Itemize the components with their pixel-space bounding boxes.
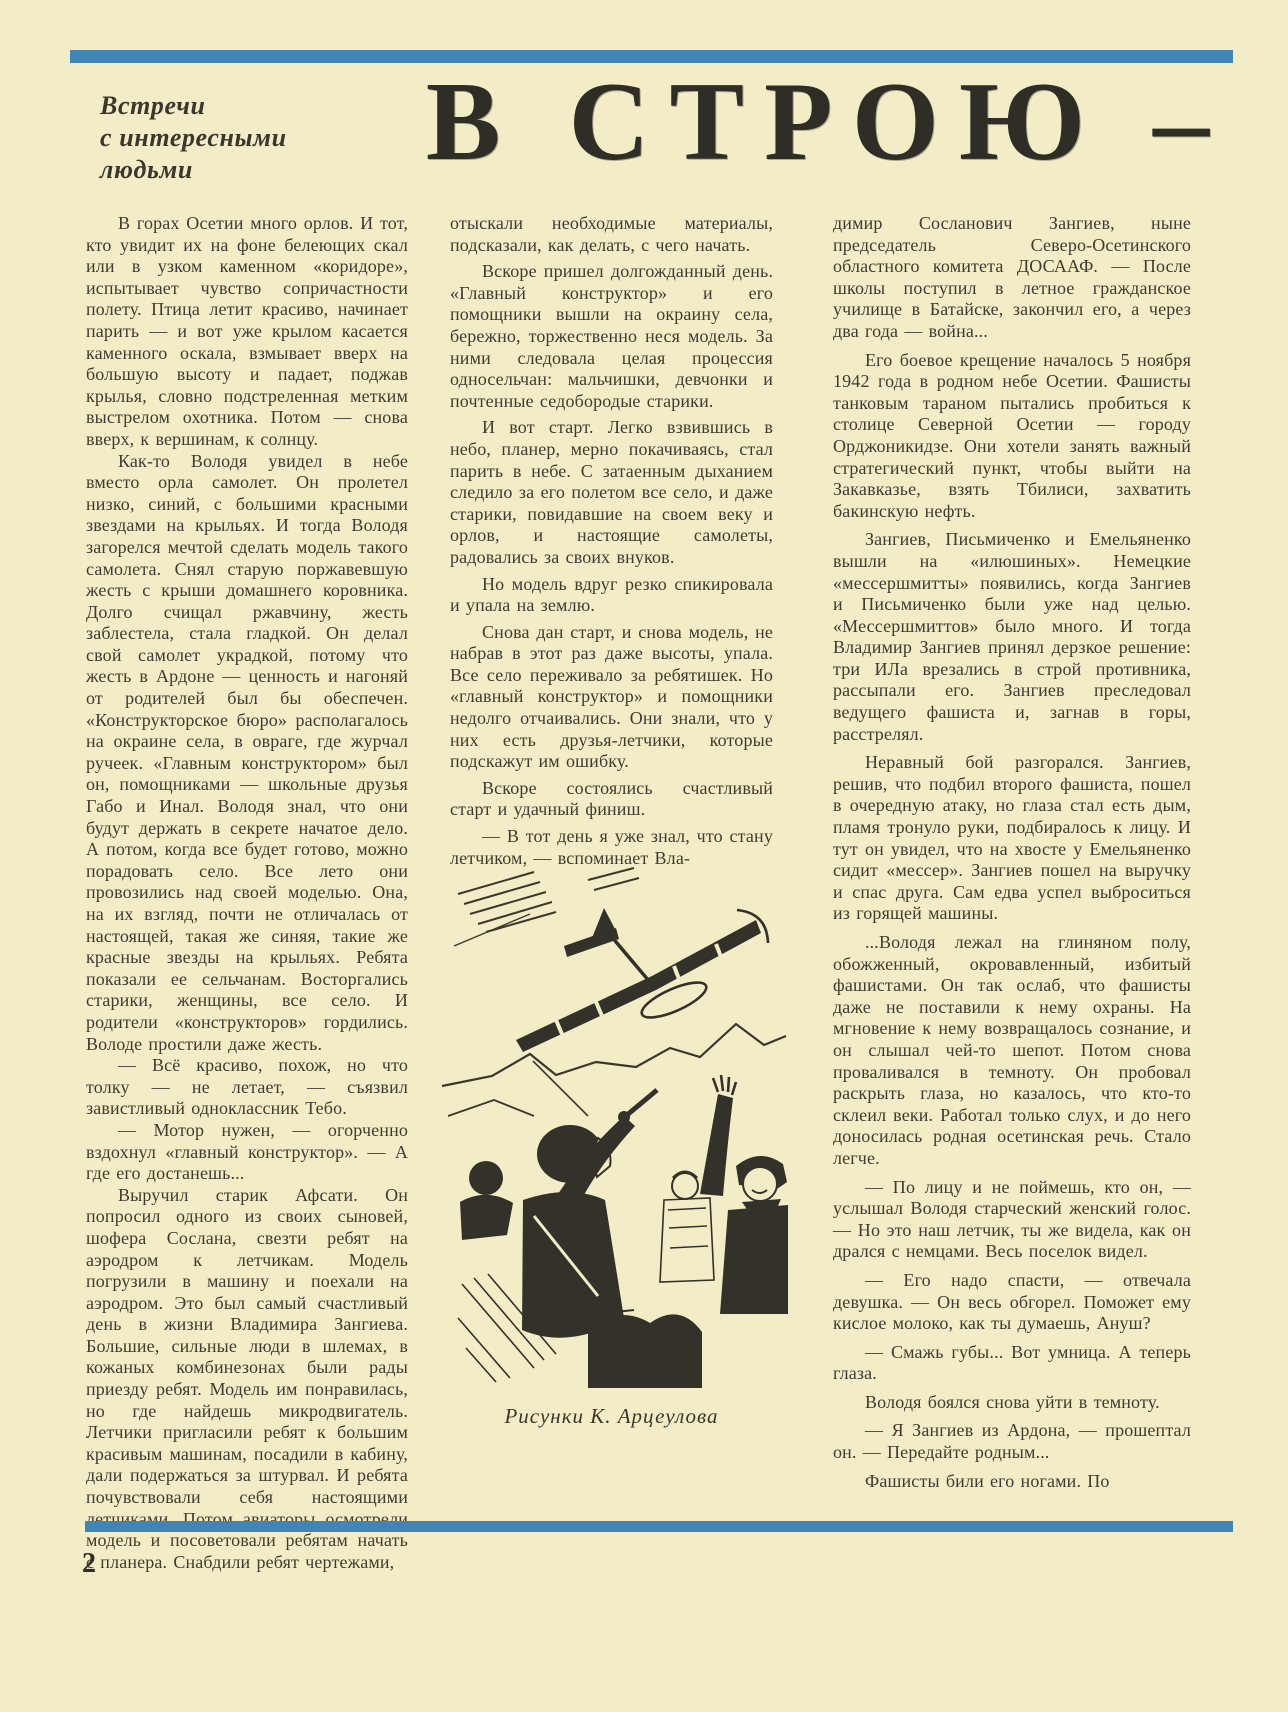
kicker-line: с интересными [100, 122, 287, 154]
kicker-line: людьми [100, 154, 287, 186]
paragraph: Вскоре пришел долгожданный день. «Главны… [450, 261, 773, 412]
paragraph: Выручил старик Афсати. Он попросил одног… [86, 1185, 408, 1574]
paragraph: — По лицу и не поймешь, кто он, — услыша… [833, 1177, 1191, 1263]
paragraph: Вскоре состоялись счастливый старт и уда… [450, 778, 773, 821]
paragraph: ...Володя лежал на глиняном полу, обожже… [833, 932, 1191, 1170]
article-title: В СТРОЮ – [420, 58, 1235, 187]
paragraph: И вот старт. Легко взвившись в небо, пла… [450, 417, 773, 568]
bottom-rule [85, 1521, 1233, 1532]
glider-launch-illustration [438, 848, 788, 1388]
paragraph: Володя боялся снова уйти в темноту. [833, 1392, 1191, 1414]
mountain-ridge [442, 1024, 786, 1116]
paragraph: — Смажь губы... Вот умница. А теперь гла… [833, 1342, 1191, 1385]
paragraph: димир Сосланович Зангиев, ныне председат… [833, 213, 1191, 343]
paragraph: — Мотор нужен, — огорченно вздохнул «гла… [86, 1120, 408, 1185]
paragraph: Но модель вдруг резко спикировала и упал… [450, 574, 773, 617]
paragraph: — Я Зангиев из Ардона, — прошептал он. —… [833, 1420, 1191, 1463]
paragraph: — Его надо спасти, — отвечала девушка. —… [833, 1270, 1191, 1335]
paragraph: Снова дан старт, и снова модель, не набр… [450, 622, 773, 773]
paragraph: Фашисты били его ногами. По [833, 1471, 1191, 1493]
paragraph: Его боевое крещение началось 5 ноября 19… [833, 350, 1191, 523]
kicker-line: Встречи [100, 90, 287, 122]
text-column-right: димир Сосланович Зангиев, ныне председат… [833, 213, 1191, 1499]
magazine-page: Встречис интереснымилюдьми В СТРОЮ – В г… [0, 0, 1288, 1712]
page-number: 2 [82, 1548, 96, 1580]
illustration-caption: Рисунки К. Арцеулова [450, 1404, 773, 1429]
paragraph: Неравный бой разгорался. Зангиев, решив,… [833, 752, 1191, 925]
crowd-of-children [458, 1075, 788, 1388]
section-kicker: Встречис интереснымилюдьми [100, 90, 287, 186]
paragraph: Как-то Володя увидел в небе вместо орла … [86, 451, 408, 1056]
paragraph: В горах Осетии много орлов. И тот, кто у… [86, 213, 408, 451]
paragraph: Зангиев, Письмиченко и Емельяненко вышли… [833, 529, 1191, 745]
text-column-left: В горах Осетии много орлов. И тот, кто у… [86, 213, 408, 1573]
paragraph: отыскали необходимые материалы, подсказа… [450, 213, 773, 256]
text-column-middle: отыскали необходимые материалы, подсказа… [450, 213, 773, 874]
paragraph: — Всё красиво, похож, но что толку — не … [86, 1055, 408, 1120]
